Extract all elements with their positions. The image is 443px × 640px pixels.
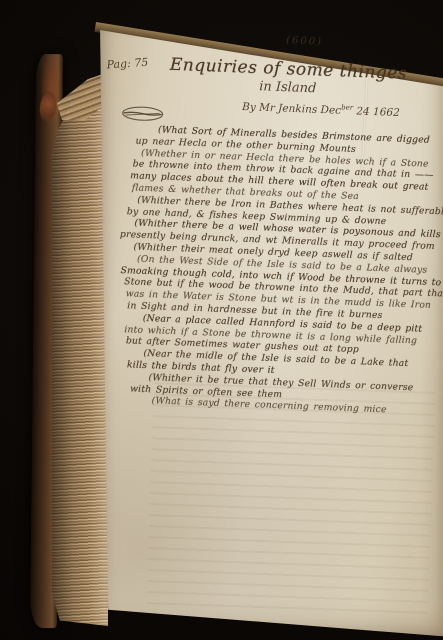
crossed-out-scribble [120, 105, 165, 123]
photograph-background: (600) Pag: 75 Enquiries of some thinges … [0, 0, 443, 640]
folio-number: (600) [269, 34, 340, 49]
margin-page-ref: Pag: 75 [106, 56, 148, 72]
byline-superscript: ber [341, 103, 353, 111]
manuscript-lines: (What Sort of Mineralls besides Brimston… [85, 122, 441, 418]
byline-date: 24 1662 [353, 105, 400, 119]
